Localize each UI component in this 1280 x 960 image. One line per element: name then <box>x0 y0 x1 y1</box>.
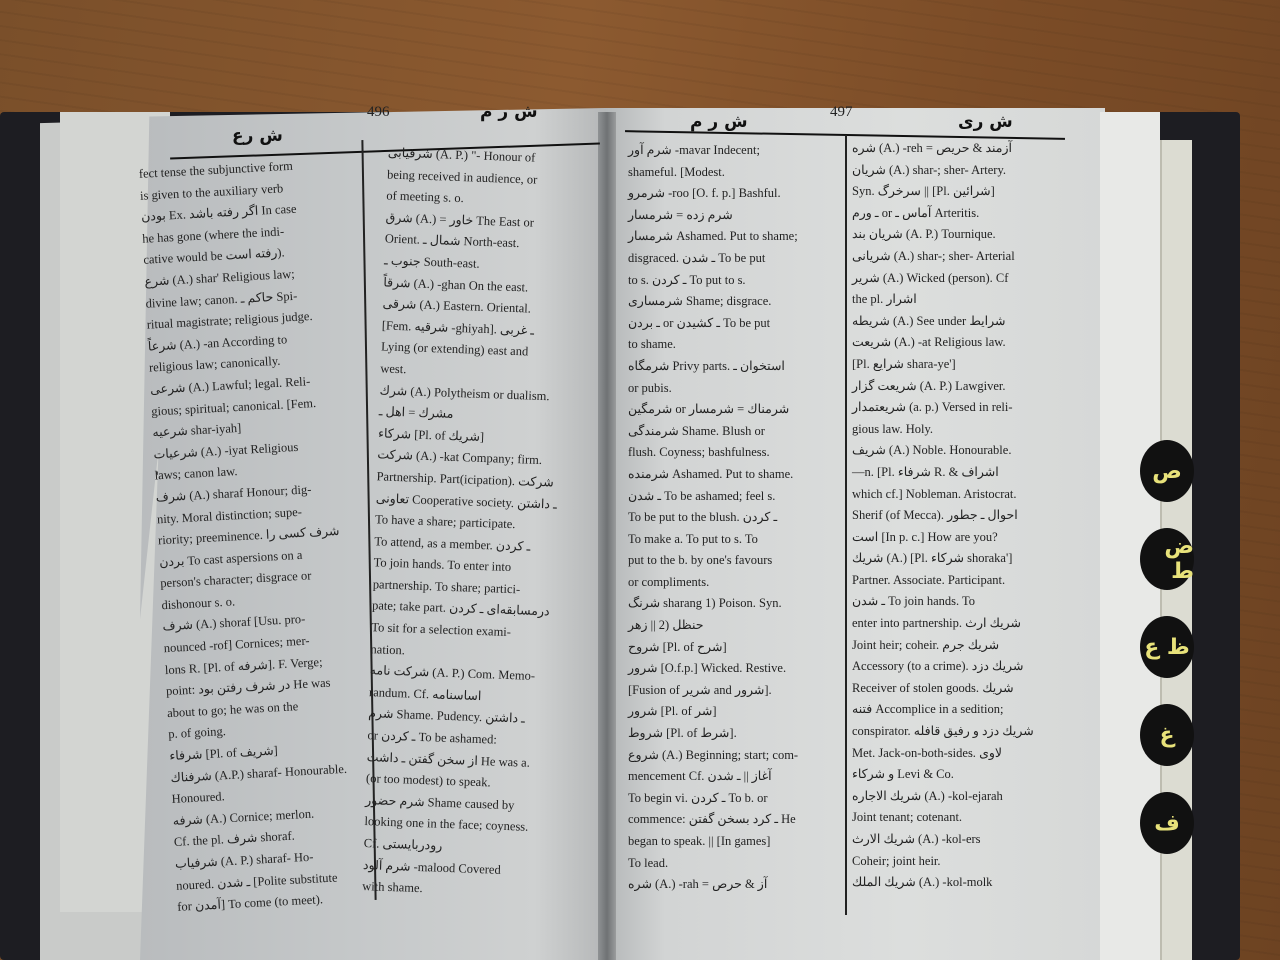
dictionary-line: شریك الارث (A.) -kol-ers <box>852 829 1074 851</box>
dictionary-line: ـ شدن To be ashamed; feel s. <box>628 486 843 508</box>
dictionary-line: or compliments. <box>628 572 843 594</box>
dictionary-line: To begin vi. ـ کردن To b. or <box>628 788 843 810</box>
dictionary-line: و شرکاء Levi & Co. <box>852 764 1074 786</box>
dictionary-line: To lead. <box>628 853 843 875</box>
dictionary-line: gious law. Holy. <box>852 419 1074 441</box>
dictionary-line: Coheir; joint heir. <box>852 851 1074 873</box>
dictionary-line: شریك الملك (A.) -kol-molk <box>852 872 1074 894</box>
thumb-tab[interactable]: ض ط <box>1140 528 1194 590</box>
dictionary-line: disgraced. ـ شدن To be put <box>628 248 843 270</box>
thumb-tab[interactable]: ف <box>1140 792 1194 854</box>
dictionary-line: To make a. To put to s. To <box>628 529 843 551</box>
dictionary-line: شرور [Pl. of شر] <box>628 701 843 723</box>
page-number-right: 497 <box>830 104 853 121</box>
dictionary-line: شریطه (A.) See under شرایط <box>852 311 1074 333</box>
dictionary-line: شریر (A.) Wicked (person). Cf <box>852 268 1074 290</box>
dictionary-line: Joint heir; coheir. شریك جرم <box>852 635 1074 657</box>
dictionary-line: شریف (A.) Noble. Honourable. <box>852 440 1074 462</box>
dictionary-line: شریك (A.) [Pl. شرکاء shoraka'] <box>852 548 1074 570</box>
dictionary-line: شریك الاجاره (A.) -kol-ejarah <box>852 786 1074 808</box>
dictionary-line: ـ شدن To join hands. To <box>852 591 1074 613</box>
dictionary-line: Syn. سرخرگ || [Pl. شرائین] <box>852 181 1074 203</box>
dictionary-line: شرور [O.f.p.] Wicked. Restive. <box>628 658 843 680</box>
dictionary-line: flush. Coyness; bashfulness. <box>628 442 843 464</box>
dictionary-line: began to speak. || [In games] <box>628 831 843 853</box>
dictionary-line: enter into partnership. شریك ارث <box>852 613 1074 635</box>
dictionary-line: Partner. Associate. Participant. <box>852 570 1074 592</box>
dictionary-line: شروح [Pl. of شرح] <box>628 637 843 659</box>
dictionary-line: which cf.] Nobleman. Aristocrat. <box>852 484 1074 506</box>
book-gutter <box>598 112 616 960</box>
dictionary-line: شرمندگی Shame. Blush or <box>628 421 843 443</box>
dictionary-line: شرمنده Ashamed. Put to shame. <box>628 464 843 486</box>
dictionary-line: شره (A.) -rah = آز & حرص <box>628 874 843 896</box>
dictionary-line: شرنگ sharang 1) Poison. Syn. <box>628 593 843 615</box>
right-page-column-2: شره (A.) -reh = آزمند & حریصشریان (A.) s… <box>852 138 1074 894</box>
guide-word-right-outer: ش ری <box>958 112 1013 132</box>
dictionary-line: the pl. اشرار <box>852 289 1074 311</box>
thumb-index: ص ض ط ظ ع غ ف <box>1140 440 1190 880</box>
left-page-column-2: شرفیابی (A. P.) "- Honour ofbeing receiv… <box>362 142 603 905</box>
dictionary-line: است [In p. c.] How are you? <box>852 527 1074 549</box>
dictionary-line: mencement Cf. آغاز || ـ شدن <box>628 766 843 788</box>
dictionary-line: شرمساری Shame; disgrace. <box>628 291 843 313</box>
dictionary-line: to s. ـ کردن To put to s. <box>628 270 843 292</box>
left-page-column-1: fect tense the subjunctive formis given … <box>138 153 382 918</box>
dictionary-line: شریعت (A.) -at Religious law. <box>852 332 1074 354</box>
dictionary-line: put to the b. by one's favours <box>628 550 843 572</box>
right-page-column-1: شرم آور -mavar Indecent;shameful. [Modes… <box>628 140 843 896</box>
thumb-tab[interactable]: ظ ع <box>1140 616 1194 678</box>
dictionary-line: شروع (A.) Beginning; start; com- <box>628 745 843 767</box>
dictionary-line: حنظل (2 || زهر <box>628 615 843 637</box>
dictionary-line: ـ بردن or ـ کشیدن To be put <box>628 313 843 335</box>
dictionary-line: شروط [Pl. of شرط]. <box>628 723 843 745</box>
dictionary-line: شریعتمدار (a. p.) Versed in reli- <box>852 397 1074 419</box>
guide-word-right-inner: ش ر م <box>690 112 748 132</box>
guide-word-left-outer: ش رع <box>232 126 283 146</box>
dictionary-line: شرم زده = شرمسار <box>628 205 843 227</box>
thumb-tab[interactable]: غ <box>1140 704 1194 766</box>
dictionary-line: to shame. <box>628 334 843 356</box>
dictionary-line: شریان بند (A. P.) Tournique. <box>852 224 1074 246</box>
dictionary-line: [Fusion of شریر and شرور]. <box>628 680 843 702</box>
page-number-left: 496 <box>367 104 390 121</box>
dictionary-line: [Pl. شرایع shara-ye'] <box>852 354 1074 376</box>
dictionary-line: شرم آور -mavar Indecent; <box>628 140 843 162</box>
guide-word-left-inner: ش ر م <box>480 102 538 122</box>
dictionary-line: شرمرو -roo [O. f. p.] Bashful. <box>628 183 843 205</box>
column-divider-right <box>845 135 847 915</box>
dictionary-line: فتنه Accomplice in a sedition; <box>852 699 1074 721</box>
dictionary-line: شرمسار Ashamed. Put to shame; <box>628 226 843 248</box>
dictionary-line: شریان (A.) shar-; sher- Artery. <box>852 160 1074 182</box>
dictionary-line: شره (A.) -reh = آزمند & حریص <box>852 138 1074 160</box>
dictionary-line: To be put to the blush. ـ کردن <box>628 507 843 529</box>
dictionary-line: conspirator. شریك دزد و رفیق قافله <box>852 721 1074 743</box>
dictionary-line: Accessory (to a crime). شریك دزد <box>852 656 1074 678</box>
dictionary-line: Joint tenant; cotenant. <box>852 807 1074 829</box>
dictionary-line: شریعت گزار (A. P.) Lawgiver. <box>852 376 1074 398</box>
dictionary-line: شرمگاه Privy parts. استخوان ـ <box>628 356 843 378</box>
thumb-tab[interactable]: ص <box>1140 440 1194 502</box>
dictionary-line: ـ ورم or آماس ـ Arteritis. <box>852 203 1074 225</box>
dictionary-line: Met. Jack-on-both-sides. لاوی <box>852 743 1074 765</box>
dictionary-line: —n. [Pl. شرفاء R. & اشراف <box>852 462 1074 484</box>
dictionary-line: commence: ـ کرد بسخن گفتن He <box>628 809 843 831</box>
dictionary-line: Receiver of stolen goods. شریك <box>852 678 1074 700</box>
dictionary-line: شریانی (A.) shar-; sher- Arterial <box>852 246 1074 268</box>
dictionary-line: or pubis. <box>628 378 843 400</box>
dictionary-line: Sherif (of Mecca). احوال ـ جطور <box>852 505 1074 527</box>
dictionary-line: شرمگین or شرمناك = شرمسار <box>628 399 843 421</box>
dictionary-line: shameful. [Modest. <box>628 162 843 184</box>
